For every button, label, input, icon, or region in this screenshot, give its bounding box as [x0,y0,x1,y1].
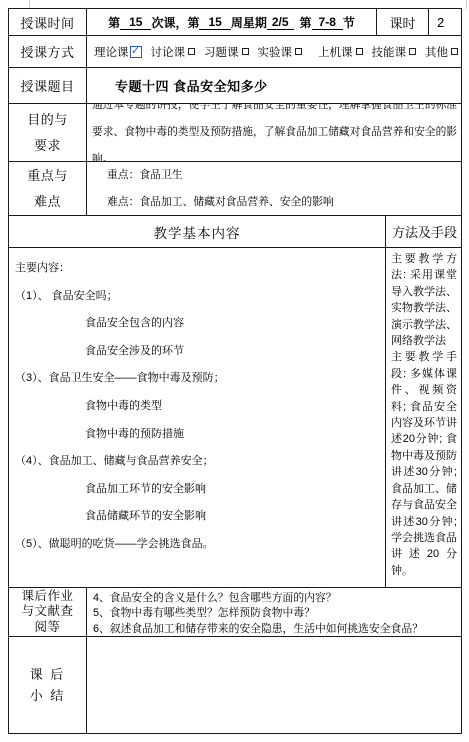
keypoint-line: 重点：食品卫生 [107,162,461,189]
summary-empty-cell [87,637,461,733]
section-blank: 7-8 [312,15,343,30]
lesson-title-label: 授课题目 [9,68,87,103]
teaching-methods-paragraph: 主要教学方法: 采用课堂导入教学法、实物教学法、演示教学法、网络教学法 [391,251,457,349]
method-header-label: 方法及手段 [386,216,463,247]
content-line: （5）、做聪明的吃货——学会挑选食品。 [9,531,385,559]
summary-label: 课 后 小 结 [9,637,87,733]
content-line: 食物中毒的预防措施 [9,421,385,449]
class-hours-value: 2 [429,9,463,35]
row-purpose: 目的与 要求 通过本专题的讲授，使学生了解食品安全的重要性，理解掌握食品卫生的标… [9,104,461,162]
checkbox-unchecked-icon[interactable] [295,48,302,55]
content-header-label: 教学基本内容 [9,216,386,247]
weekday-blank: 2/5 [267,15,294,30]
lesson-number-blank: 15 [120,15,151,30]
homework-question: 4、食品安全的含义是什么？包含哪些方面的内容？ [93,591,459,606]
time-seg: 第 [108,14,120,31]
checkbox-unchecked-icon[interactable] [242,48,249,55]
checkbox-unchecked-icon[interactable] [356,48,363,55]
homework-question: 5、食物中毒有哪些类型？怎样预防食物中毒？ [93,606,459,621]
row-after-class-summary: 课 后 小 结 [9,637,461,733]
row-homework: 课后作业 与文献查 阅等 4、食品安全的含义是什么？包含哪些方面的内容？ 5、食… [9,588,461,637]
option-discussion-class: 讨论课 [151,44,196,60]
content-line: 食物中毒的类型 [9,393,385,421]
content-line: 食品储藏环节的安全影响 [9,503,385,531]
teaching-time-value: 第15次课，第15周星期2/5第7-8节 [87,9,377,35]
content-line: （1）、 食品安全吗； [9,283,385,311]
row-teaching-time: 授课时间 第15次课，第15周星期2/5第7-8节 课时 2 [9,9,461,36]
teaching-time-label: 授课时间 [9,9,87,35]
row-keypoints: 重点与 难点 重点：食品卫生 难点：食品加工、储藏对食品营养、安全的影响 [9,162,461,216]
content-line: 食品加工环节的安全影响 [9,476,385,504]
option-experiment-class: 实验课 [258,44,303,60]
row-main-content: 主要内容： （1）、 食品安全吗； 食品安全包含的内容 食品安全涉及的环节 （3… [9,248,461,588]
purpose-text: 通过本专题的讲授，使学生了解食品安全的重要性，理解掌握食品卫生的标准要求、食物中… [92,104,457,161]
homework-text-cell: 4、食品安全的含义是什么？包含哪些方面的内容？ 5、食物中毒有哪些类型？怎样预防… [87,588,461,636]
time-seg: 周星期 [231,14,267,31]
checkbox-unchecked-icon[interactable] [409,48,416,55]
content-line: 食品安全涉及的环节 [9,338,385,366]
teaching-method-label: 授课方式 [9,36,87,67]
methods-panel: 主要教学方法: 采用课堂导入教学法、实物教学法、演示教学法、网络教学法 主要教学… [386,248,463,587]
content-line: （4）、食品加工、储藏与食品营养安全； [9,448,385,476]
row-lesson-title: 授课题目 专题十四 食品安全知多少 [9,68,461,104]
content-line: 食品安全包含的内容 [9,310,385,338]
lesson-title-value: 专题十四 食品安全知多少 [87,68,461,103]
gridline-artifact [466,0,467,9]
difficulty-line: 难点：食品加工、储藏对食品营养、安全的影响 [107,189,461,216]
homework-question: 6、叙述食品加工和储存带来的安全隐患，生活中如何挑选安全食品？ [93,622,459,636]
time-seg: 第 [300,14,312,31]
keypoints-label: 重点与 难点 [9,162,87,215]
lesson-plan-page: 授课时间 第15次课，第15周星期2/5第7-8节 课时 2 授课方式 理论课✓… [0,0,469,742]
week-number-blank: 15 [199,15,230,30]
row-teaching-method: 授课方式 理论课✓ 讨论课 习题课 实验课 上机课 技能课 其他 [9,36,461,68]
purpose-text-cell: 通过本专题的讲授，使学生了解食品安全的重要性，理解掌握食品卫生的标准要求、食物中… [87,104,461,161]
option-computer-class: 上机课 [318,44,363,60]
homework-label: 课后作业 与文献查 阅等 [9,588,87,636]
content-line: 主要内容： [9,255,385,283]
time-seg: 次课，第 [151,14,199,31]
option-exercise-class: 习题课 [204,44,249,60]
option-other-class: 其他 [425,44,458,60]
class-hours-label: 课时 [377,9,429,35]
purpose-label: 目的与 要求 [9,104,87,161]
checkbox-unchecked-icon[interactable] [188,48,195,55]
keypoints-text-cell: 重点：食品卫生 难点：食品加工、储藏对食品营养、安全的影响 [87,162,461,215]
content-line: （3）、食品卫生安全——食物中毒及预防； [9,365,385,393]
row-content-header: 教学基本内容 方法及手段 [9,216,461,248]
option-theory-class: 理论课✓ [94,44,142,60]
teaching-method-options: 理论课✓ 讨论课 习题课 实验课 上机课 技能课 其他 [87,36,461,67]
checkbox-checked-icon[interactable]: ✓ [130,46,142,58]
option-skill-class: 技能课 [372,44,417,60]
checkbox-unchecked-icon[interactable] [451,48,458,55]
teaching-means-paragraph: 主要教学手段: 多媒体课件、视频资料; 食品安全内容及环节讲述20分钟; 食物中… [391,349,457,579]
main-content-cell: 主要内容： （1）、 食品安全吗； 食品安全包含的内容 食品安全涉及的环节 （3… [9,248,386,587]
lesson-plan-table: 授课时间 第15次课，第15周星期2/5第7-8节 课时 2 授课方式 理论课✓… [8,8,462,734]
time-seg: 节 [343,14,355,31]
